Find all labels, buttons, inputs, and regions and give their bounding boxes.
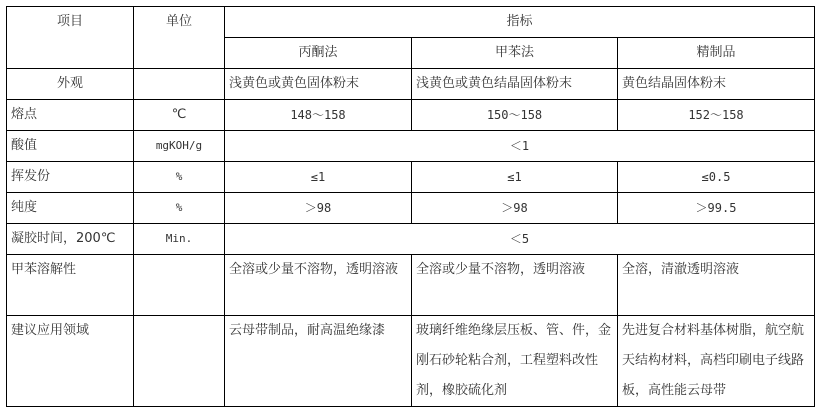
header-method-refined: 精制品 bbox=[618, 38, 815, 69]
table-row-acid-value: 酸值 mgKOH/g ＜1 bbox=[7, 131, 815, 162]
specification-table: 项目 单位 指标 丙酮法 甲苯法 精制品 外观 浅黄色或黄色固体粉末 浅黄色或黄… bbox=[6, 6, 815, 407]
header-index: 指标 bbox=[225, 7, 815, 38]
row-value: ＞99.5 bbox=[618, 193, 815, 224]
row-unit bbox=[134, 316, 225, 407]
row-value: 浅黄色或黄色固体粉末 bbox=[225, 69, 412, 100]
row-value: ≤0.5 bbox=[618, 162, 815, 193]
row-unit: % bbox=[134, 162, 225, 193]
row-value: 浅黄色或黄色结晶固体粉末 bbox=[412, 69, 618, 100]
row-item: 外观 bbox=[7, 69, 134, 100]
table-row-gel-time: 凝胶时间，200℃ Min. ＜5 bbox=[7, 224, 815, 255]
row-item: 酸值 bbox=[7, 131, 134, 162]
row-value: ≤1 bbox=[225, 162, 412, 193]
table-row-melting-point: 熔点 ℃ 148～158 150～158 152～158 bbox=[7, 100, 815, 131]
row-item: 凝胶时间，200℃ bbox=[7, 224, 134, 255]
row-item: 甲苯溶解性 bbox=[7, 255, 134, 316]
row-unit bbox=[134, 69, 225, 100]
header-unit: 单位 bbox=[134, 7, 225, 69]
row-unit: Min. bbox=[134, 224, 225, 255]
table-row-volatiles: 挥发份 % ≤1 ≤1 ≤0.5 bbox=[7, 162, 815, 193]
header-method-toluene: 甲苯法 bbox=[412, 38, 618, 69]
row-value: 全溶，清澈透明溶液 bbox=[618, 255, 815, 316]
row-value: 全溶或少量不溶物，透明溶液 bbox=[412, 255, 618, 316]
row-item: 建议应用领域 bbox=[7, 316, 134, 407]
row-unit: ℃ bbox=[134, 100, 225, 131]
row-value: 150～158 bbox=[412, 100, 618, 131]
row-value: ≤1 bbox=[412, 162, 618, 193]
row-value: 黄色结晶固体粉末 bbox=[618, 69, 815, 100]
row-value: ＞98 bbox=[412, 193, 618, 224]
header-row-1: 项目 单位 指标 bbox=[7, 7, 815, 38]
table-row-purity: 纯度 % ＞98 ＞98 ＞99.5 bbox=[7, 193, 815, 224]
row-value: 152～158 bbox=[618, 100, 815, 131]
header-method-acetone: 丙酮法 bbox=[225, 38, 412, 69]
row-unit: % bbox=[134, 193, 225, 224]
row-unit bbox=[134, 255, 225, 316]
row-unit: mgKOH/g bbox=[134, 131, 225, 162]
table-row-appearance: 外观 浅黄色或黄色固体粉末 浅黄色或黄色结晶固体粉末 黄色结晶固体粉末 bbox=[7, 69, 815, 100]
table-row-toluene-solubility: 甲苯溶解性 全溶或少量不溶物，透明溶液 全溶或少量不溶物，透明溶液 全溶，清澈透… bbox=[7, 255, 815, 316]
header-item: 项目 bbox=[7, 7, 134, 69]
row-item: 挥发份 bbox=[7, 162, 134, 193]
row-value: 148～158 bbox=[225, 100, 412, 131]
row-value: 先进复合材料基体树脂，航空航天结构材料，高档印刷电子线路板，高性能云母带 bbox=[618, 316, 815, 407]
row-value: ＞98 bbox=[225, 193, 412, 224]
row-value: 云母带制品，耐高温绝缘漆 bbox=[225, 316, 412, 407]
table-row-applications: 建议应用领域 云母带制品，耐高温绝缘漆 玻璃纤维绝缘层压板、管、件，金刚石砂轮粘… bbox=[7, 316, 815, 407]
row-value: 全溶或少量不溶物，透明溶液 bbox=[225, 255, 412, 316]
row-merged-value: ＜1 bbox=[225, 131, 815, 162]
row-value: 玻璃纤维绝缘层压板、管、件，金刚石砂轮粘合剂，工程塑料改性剂，橡胶硫化剂 bbox=[412, 316, 618, 407]
row-merged-value: ＜5 bbox=[225, 224, 815, 255]
row-item: 熔点 bbox=[7, 100, 134, 131]
row-item: 纯度 bbox=[7, 193, 134, 224]
